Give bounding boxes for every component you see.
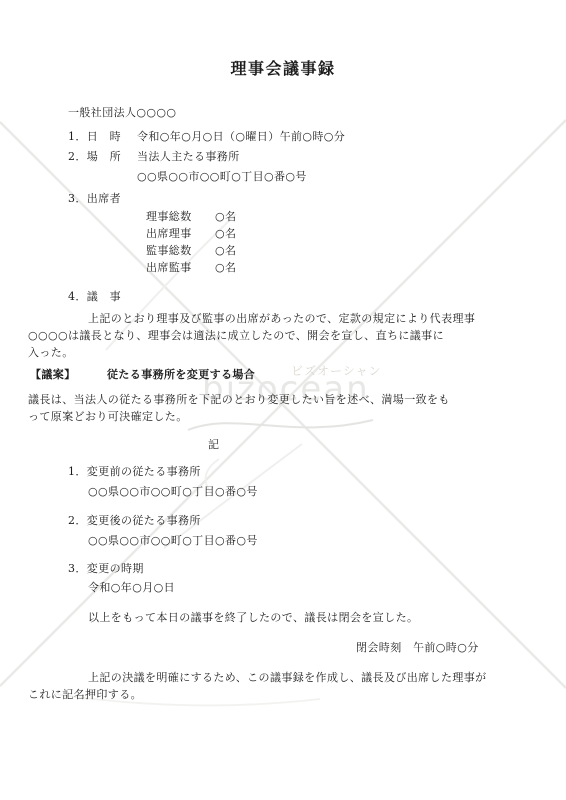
- document-title: 理事会議事録: [0, 61, 566, 77]
- attendee-row-label: 出席理事: [146, 228, 192, 239]
- change-item-value: 令和○年○月○日: [88, 582, 175, 593]
- change-item-label: 3．変更の時期: [68, 563, 144, 574]
- change-item-value: ○○県○○市○○町○丁目○番○号: [88, 535, 258, 546]
- meta-value-place-address: ○○県○○市○○町○丁目○番○号: [137, 171, 307, 182]
- ki-marker: 記: [208, 439, 219, 450]
- paragraph-line: 上記のとおり理事及び監事の出席があったので、定款の規定により代表理事: [88, 313, 475, 324]
- attendee-row-label: 理事総数: [146, 211, 192, 222]
- attendee-row-count: ○名: [215, 228, 236, 239]
- paragraph-line: 議長は、当法人の従たる事務所を下記のとおり変更したい旨を述べ、満場一致をも: [28, 394, 450, 405]
- attendee-row-count: ○名: [215, 211, 236, 222]
- paragraph-line: これに記名押印する。: [28, 689, 142, 700]
- change-item-label: 2．変更後の従たる事務所: [68, 515, 201, 526]
- meta-label-place: 2．場 所: [68, 151, 121, 162]
- attendee-row-count: ○名: [215, 262, 236, 273]
- closing-time: 閉会時刻 午前○時○分: [356, 642, 479, 653]
- attendee-row-count: ○名: [215, 245, 236, 256]
- paragraph-line: って原案どおり可決確定した。: [28, 411, 188, 422]
- paragraph-line: ○○○○は議長となり、理事会は適法に成立したので、開会を宣し、直ちに議事に: [28, 330, 444, 341]
- paragraph-line: 上記の決議を明確にするため、この議事録を作成し、議長及び出席した理事が: [88, 672, 487, 683]
- change-item-value: ○○県○○市○○町○丁目○番○号: [88, 486, 258, 497]
- closing-sentence: 以上をもって本日の議事を終了したので、議長は閉会を宣した。: [88, 612, 418, 623]
- document-page: ビズオーシャン bizocean 理事会議事録 一般社団法人○○○○ 1．日 時…: [0, 0, 566, 800]
- proposal-title: 従たる事務所を変更する場合: [107, 369, 255, 380]
- meta-value-place: 当法人主たる事務所: [137, 151, 240, 162]
- paragraph-line: 入った。: [28, 347, 74, 358]
- attendee-row-label: 出席監事: [146, 262, 192, 273]
- watermark-wave: [188, 420, 373, 430]
- attendee-row-label: 監事総数: [146, 245, 192, 256]
- meta-label-datetime: 1．日 時: [68, 131, 121, 142]
- meta-value-datetime: 令和○年○月○日（○曜日）午前○時○分: [137, 131, 345, 142]
- proposal-label: 【議案】: [30, 369, 76, 380]
- meta-label-attendees: 3．出席者: [68, 193, 121, 204]
- organization-name: 一般社団法人○○○○: [68, 107, 176, 118]
- change-item-label: 1．変更前の従たる事務所: [68, 466, 201, 477]
- meta-label-agenda: 4．議 事: [68, 291, 121, 302]
